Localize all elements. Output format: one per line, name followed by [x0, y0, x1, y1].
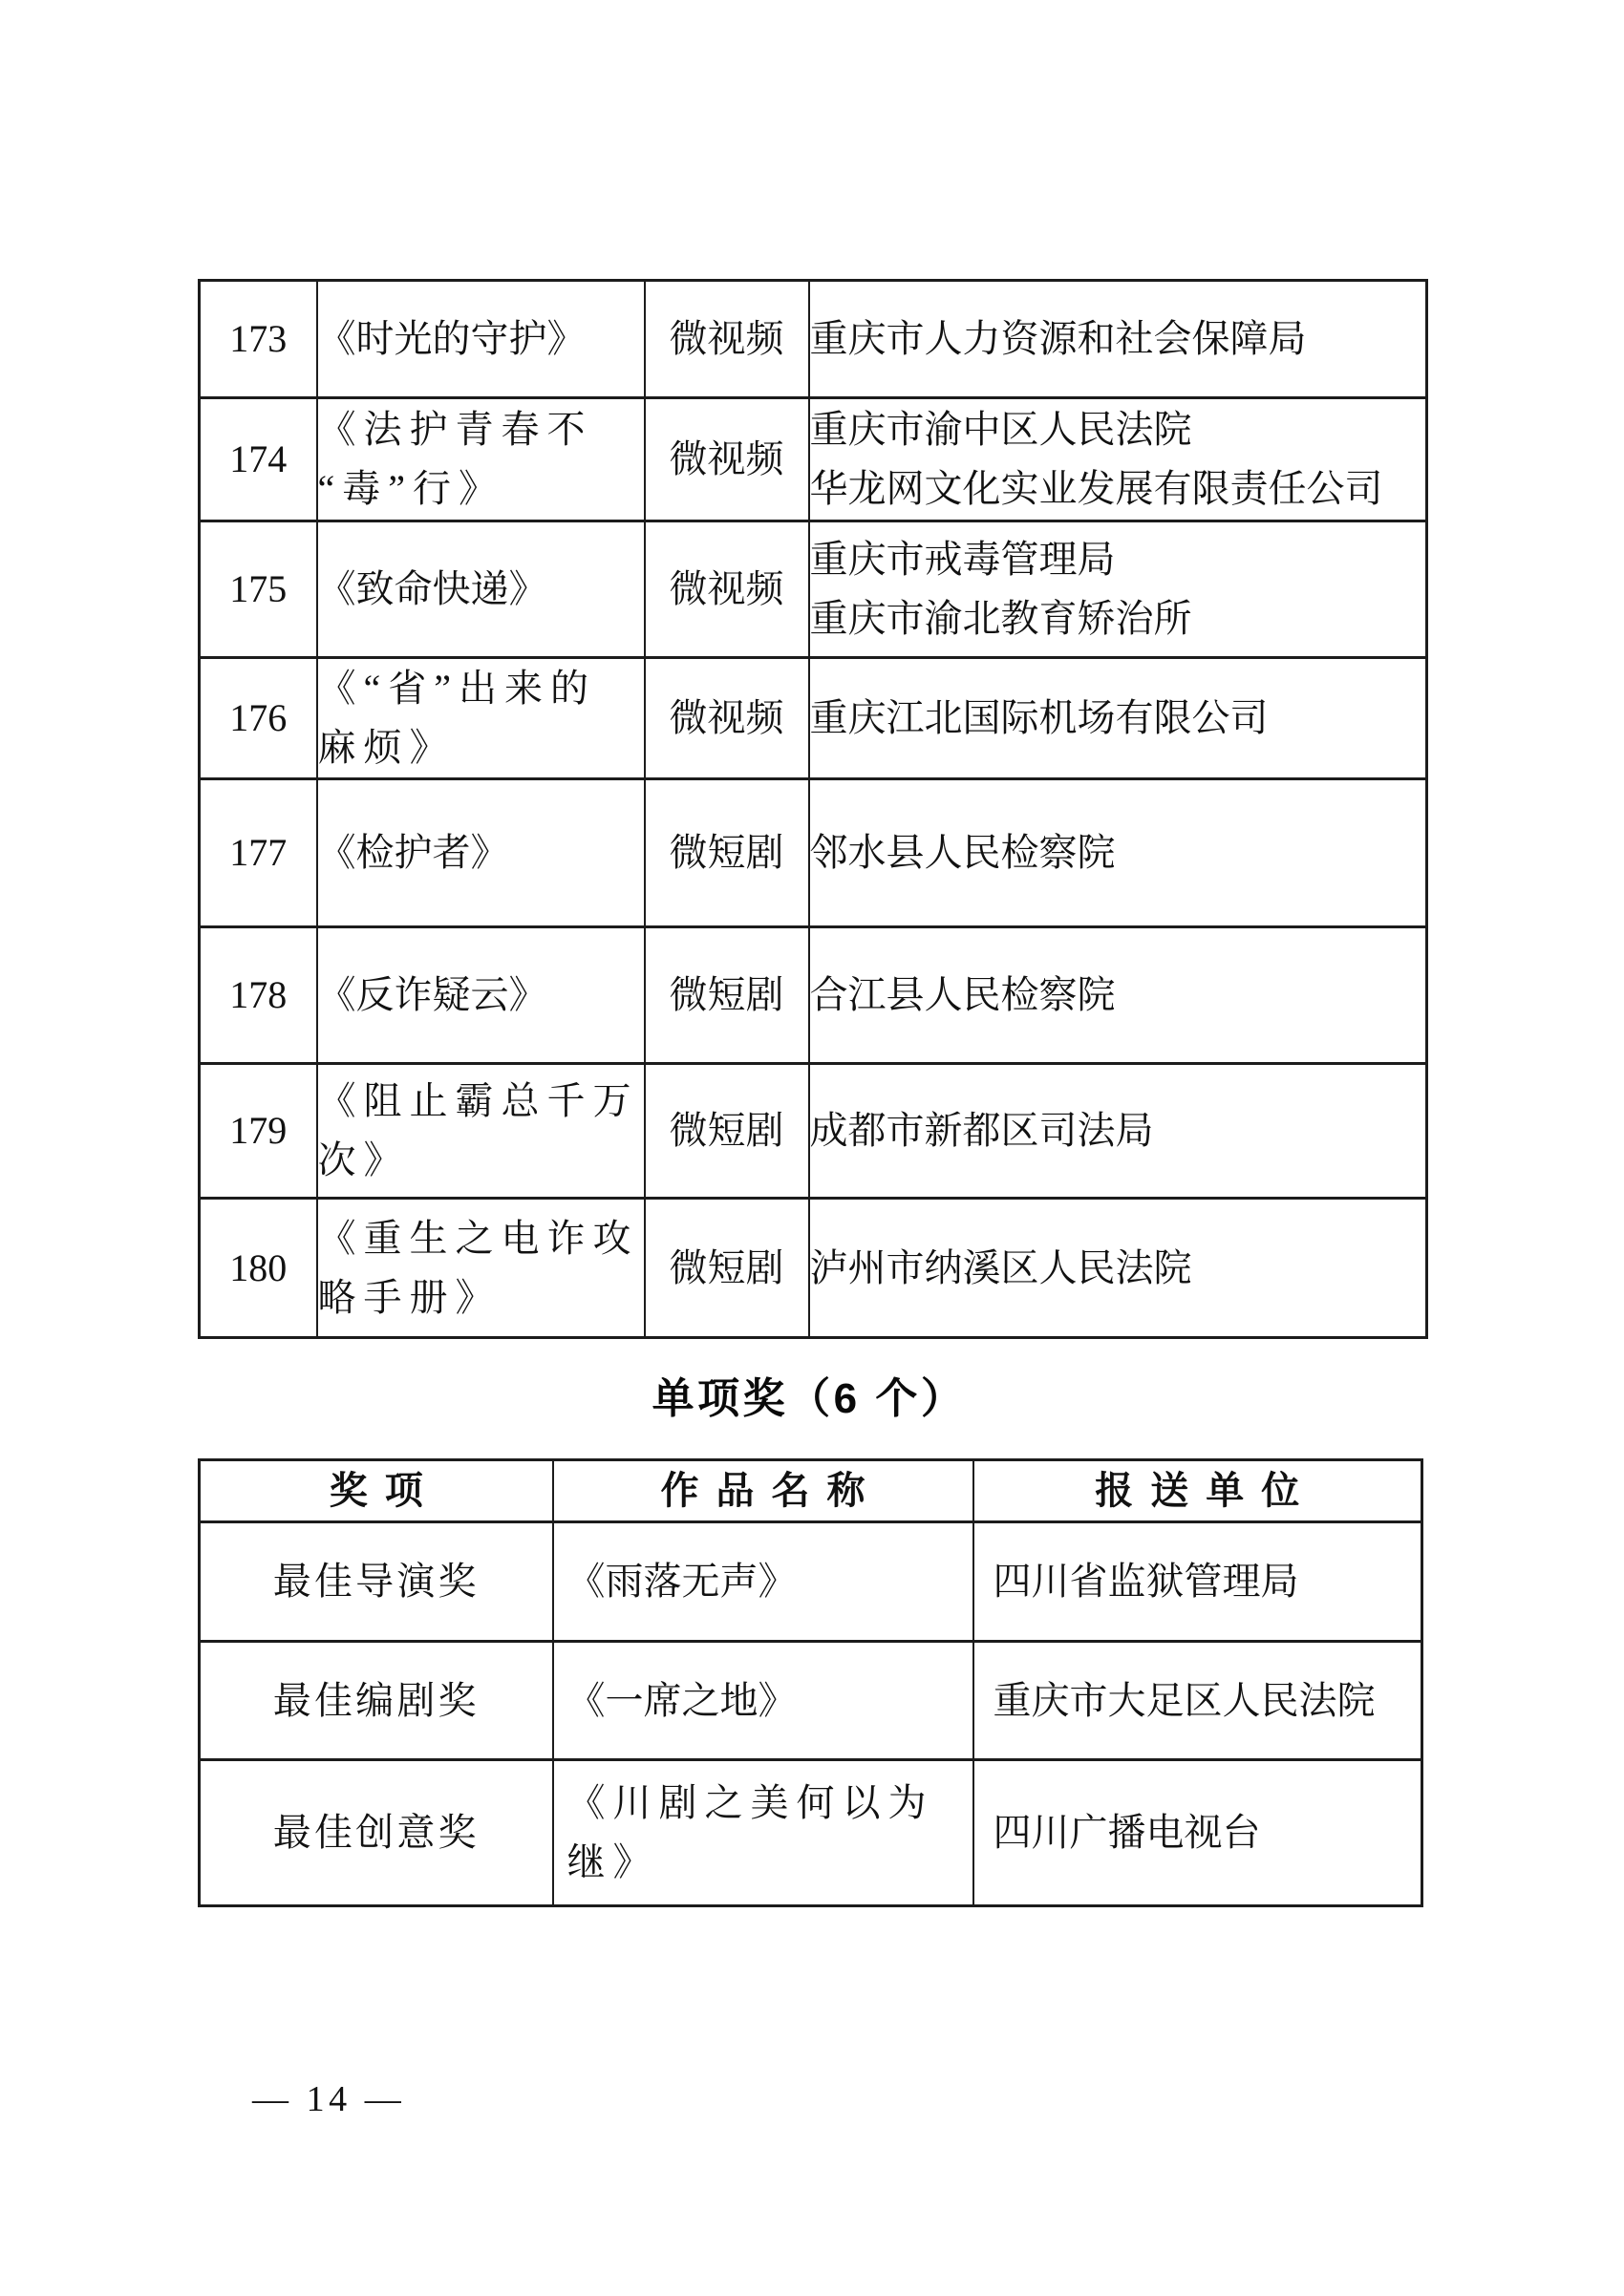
category-cell: 微短剧 [645, 779, 809, 927]
work-title-cell: 《雨落无声》 [553, 1522, 973, 1642]
organization-cell: 重庆市渝中区人民法院 华龙网文化实业发展有限责任公司 [809, 398, 1427, 521]
column-header-submitting-unit: 报送单位 [973, 1460, 1422, 1522]
category-cell: 微短剧 [645, 927, 809, 1064]
table-row: 174 《法护青春不 “毒”行》 微视频 重庆市渝中区人民法院 华龙网文化实业发… [200, 398, 1427, 521]
organization-cell: 成都市新都区司法局 [809, 1064, 1427, 1199]
work-title-cell: 《川剧之美何以为 继》 [553, 1760, 973, 1906]
work-title-cell: 《致命快递》 [317, 521, 645, 658]
table-row: 180 《重生之电诈攻 略手册》 微短剧 泸州市纳溪区人民法院 [200, 1199, 1427, 1338]
column-header-award: 奖项 [200, 1460, 553, 1522]
column-header-work-title: 作品名称 [553, 1460, 973, 1522]
document-page: 173 《时光的守护》 微视频 重庆市人力资源和社会保障局 174 《法护青春不… [0, 0, 1624, 2296]
row-number-cell: 176 [200, 658, 317, 779]
organization-cell: 重庆市戒毒管理局 重庆市渝北教育矫治所 [809, 521, 1427, 658]
organization-cell: 四川省监狱管理局 [973, 1522, 1422, 1642]
table-row: 179 《阻止霸总千万 次》 微短剧 成都市新都区司法局 [200, 1064, 1427, 1199]
work-title-cell: 《时光的守护》 [317, 281, 645, 398]
table-row: 175 《致命快递》 微视频 重庆市戒毒管理局 重庆市渝北教育矫治所 [200, 521, 1427, 658]
organization-cell: 重庆江北国际机场有限公司 [809, 658, 1427, 779]
table-row: 173 《时光的守护》 微视频 重庆市人力资源和社会保障局 [200, 281, 1427, 398]
organization-cell: 邻水县人民检察院 [809, 779, 1427, 927]
awards-numbered-table: 173 《时光的守护》 微视频 重庆市人力资源和社会保障局 174 《法护青春不… [198, 279, 1428, 1339]
section-heading: 单项奖（6 个） [198, 1364, 1421, 1425]
work-title-cell: 《重生之电诈攻 略手册》 [317, 1199, 645, 1338]
award-name-cell: 最佳编剧奖 [200, 1642, 553, 1760]
special-awards-table: 奖项 作品名称 报送单位 最佳导演奖 《雨落无声》 四川省监狱管理局 最佳编剧奖… [198, 1458, 1423, 1907]
work-title-cell: 《反诈疑云》 [317, 927, 645, 1064]
category-cell: 微短剧 [645, 1199, 809, 1338]
work-title-cell: 《一席之地》 [553, 1642, 973, 1760]
organization-cell: 四川广播电视台 [973, 1760, 1422, 1906]
row-number-cell: 180 [200, 1199, 317, 1338]
row-number-cell: 179 [200, 1064, 317, 1199]
table-header-row: 奖项 作品名称 报送单位 [200, 1460, 1422, 1522]
table-row: 178 《反诈疑云》 微短剧 合江县人民检察院 [200, 927, 1427, 1064]
category-cell: 微视频 [645, 658, 809, 779]
organization-cell: 重庆市大足区人民法院 [973, 1642, 1422, 1760]
work-title-cell: 《“省”出来的 麻烦》 [317, 658, 645, 779]
table-row: 最佳创意奖 《川剧之美何以为 继》 四川广播电视台 [200, 1760, 1422, 1906]
row-number-cell: 175 [200, 521, 317, 658]
table-row: 177 《检护者》 微短剧 邻水县人民检察院 [200, 779, 1427, 927]
table-row: 最佳编剧奖 《一席之地》 重庆市大足区人民法院 [200, 1642, 1422, 1760]
category-cell: 微视频 [645, 398, 809, 521]
work-title-cell: 《检护者》 [317, 779, 645, 927]
page-number: — 14 — [252, 2078, 405, 2120]
category-cell: 微视频 [645, 281, 809, 398]
organization-cell: 合江县人民检察院 [809, 927, 1427, 1064]
category-cell: 微视频 [645, 521, 809, 658]
row-number-cell: 174 [200, 398, 317, 521]
organization-cell: 重庆市人力资源和社会保障局 [809, 281, 1427, 398]
work-title-cell: 《阻止霸总千万 次》 [317, 1064, 645, 1199]
award-name-cell: 最佳创意奖 [200, 1760, 553, 1906]
row-number-cell: 177 [200, 779, 317, 927]
table-row: 最佳导演奖 《雨落无声》 四川省监狱管理局 [200, 1522, 1422, 1642]
organization-cell: 泸州市纳溪区人民法院 [809, 1199, 1427, 1338]
work-title-cell: 《法护青春不 “毒”行》 [317, 398, 645, 521]
category-cell: 微短剧 [645, 1064, 809, 1199]
award-name-cell: 最佳导演奖 [200, 1522, 553, 1642]
row-number-cell: 178 [200, 927, 317, 1064]
table-row: 176 《“省”出来的 麻烦》 微视频 重庆江北国际机场有限公司 [200, 658, 1427, 779]
row-number-cell: 173 [200, 281, 317, 398]
